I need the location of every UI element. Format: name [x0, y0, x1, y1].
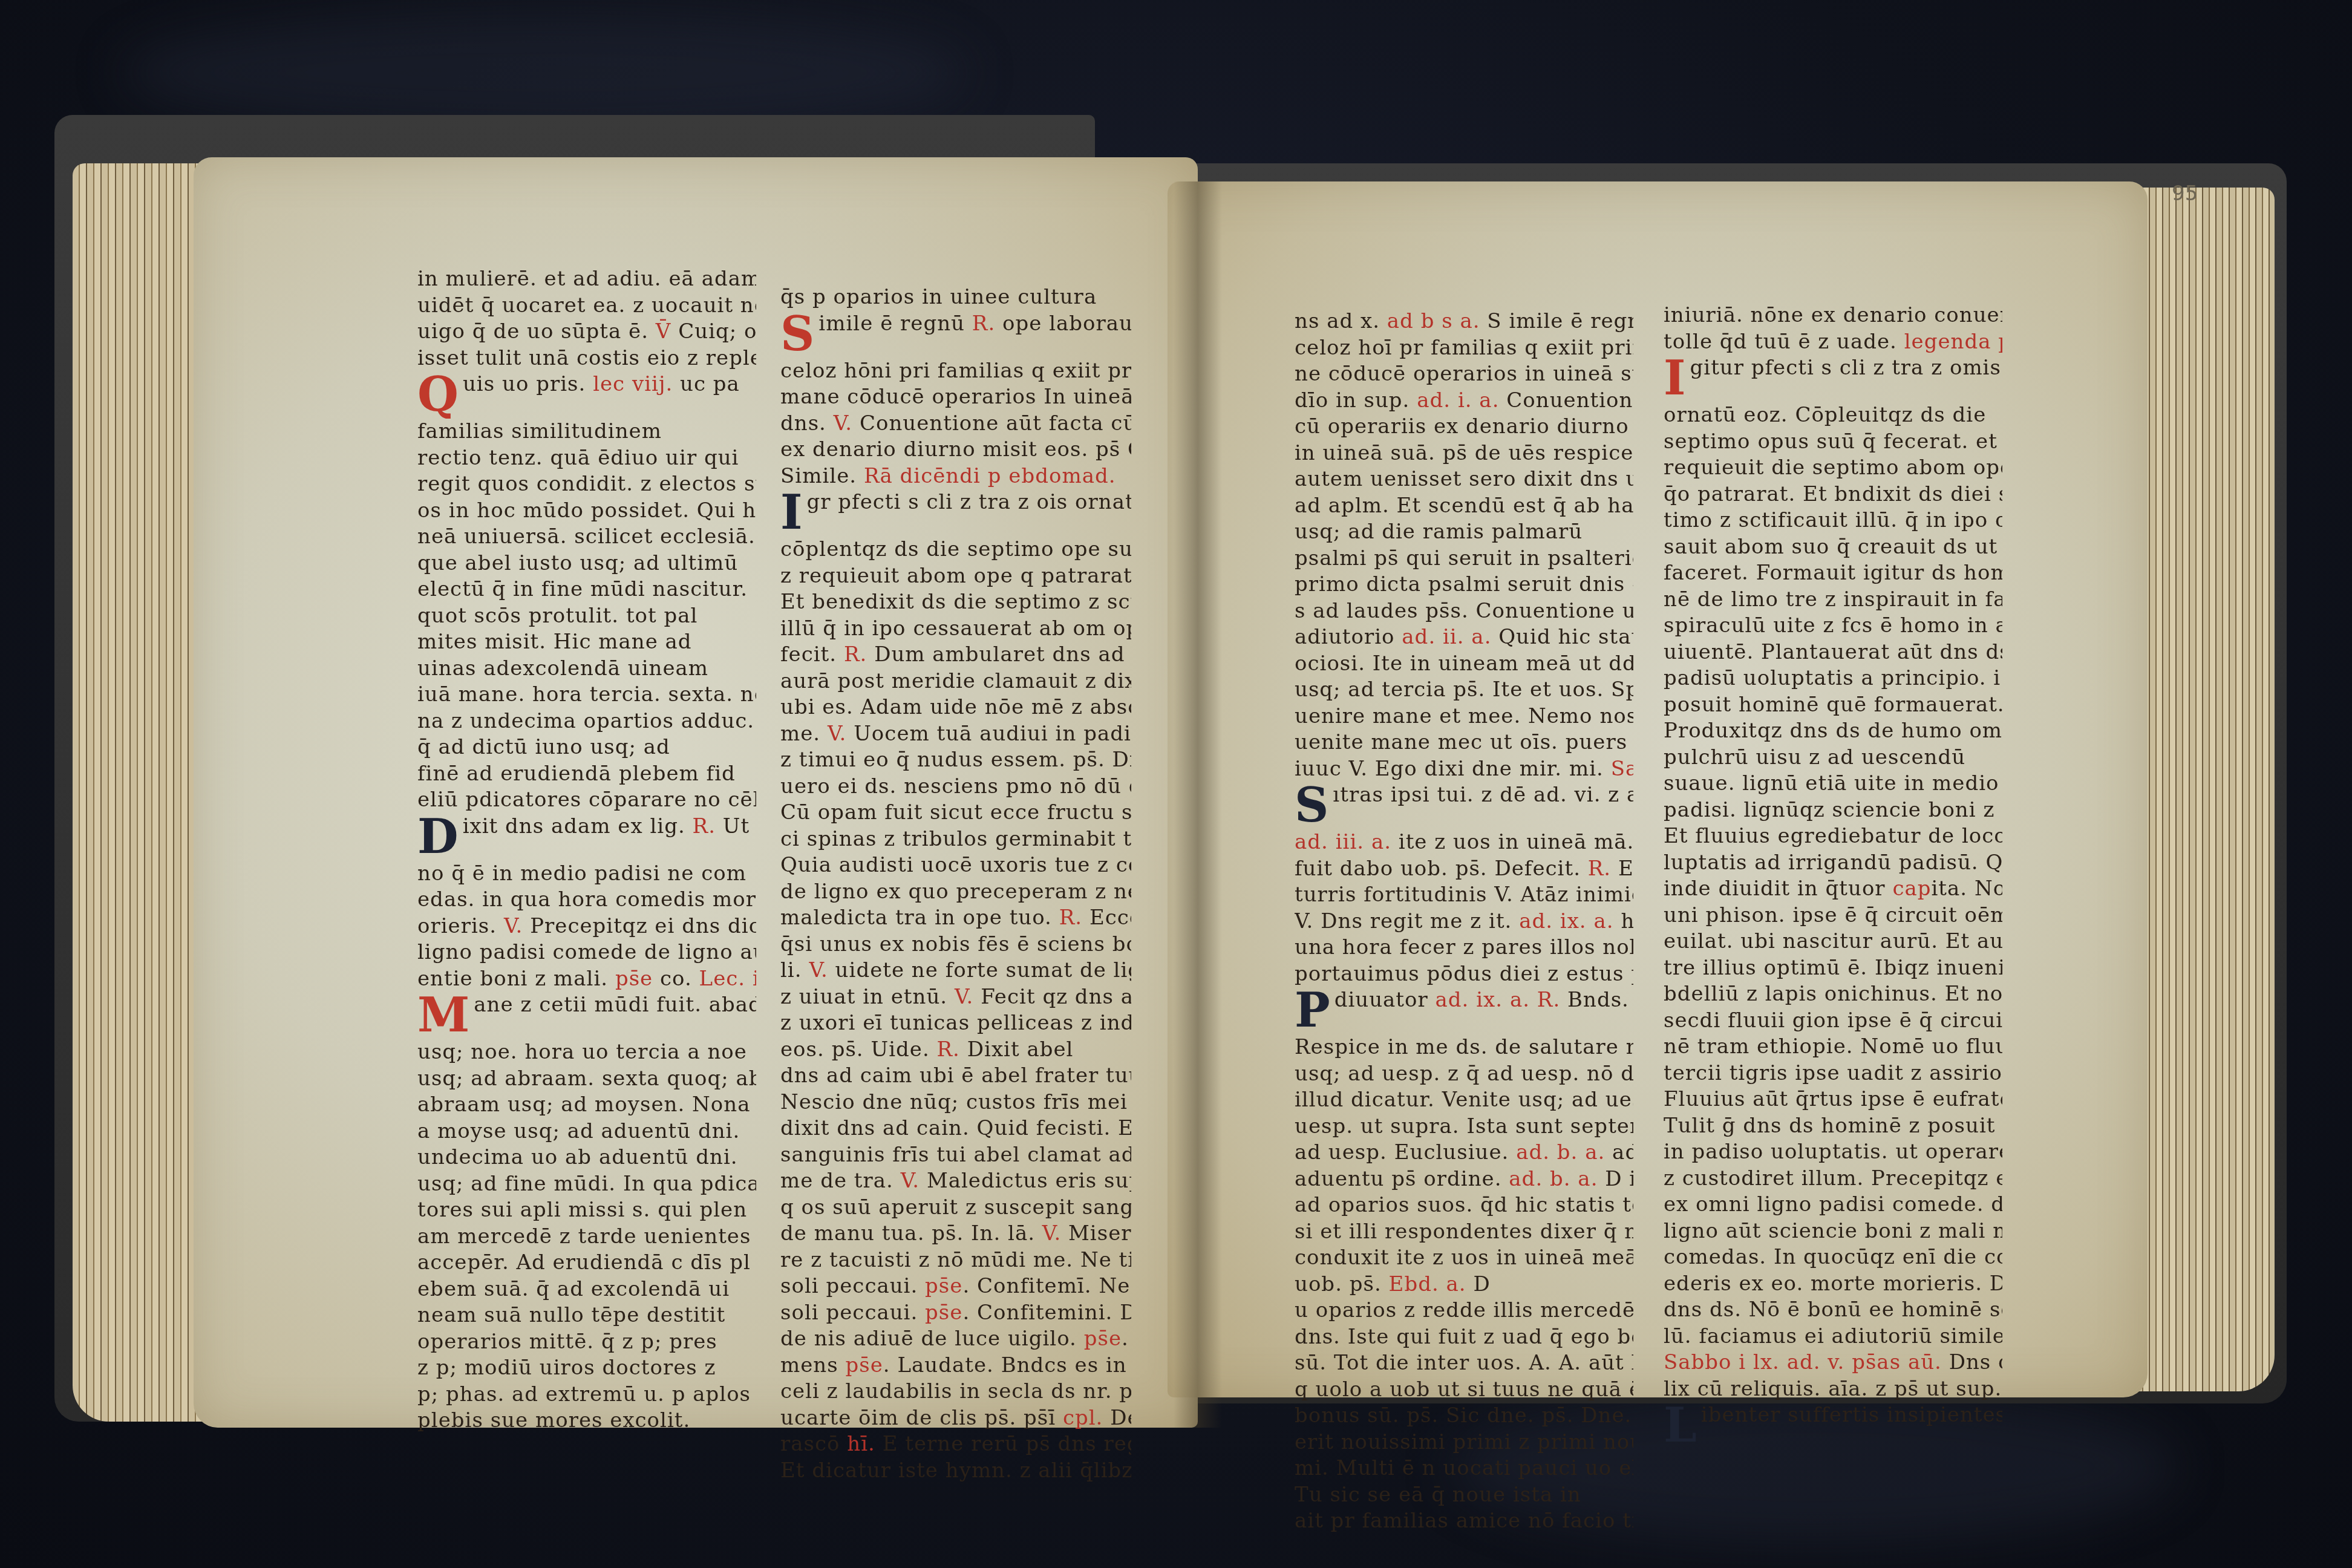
line-text: iuā mane. hora tercia. sexta. no [417, 682, 756, 707]
text-line: padisi. lignūqz sciencie boni z mali. [1664, 797, 2002, 824]
text-line: plebis sue mores excolit. [417, 1408, 756, 1434]
text-line: adiutorio ad. ii. a. Quid hic statis tot… [1295, 624, 1633, 651]
line-text: posuit hominē quē formauerat. [1664, 693, 2002, 717]
line-text: ebem suā. q̄ ad excolendā ui [417, 1277, 730, 1301]
line-text: tre illius optimū ē. Ibiqz inuenitur [1664, 956, 2002, 980]
text-line: illud dicatur. Venite usq; ad uesp. ma [1295, 1087, 1633, 1114]
decorated-initial: I [1664, 355, 1687, 402]
text-line: u oparios z redde illis mercedē suā dne [1295, 1298, 1633, 1324]
rubric: R. [1059, 906, 1082, 930]
line-text: uesp. ut supra. Ista sunt septem in [1295, 1114, 1633, 1138]
line-text: Et fluuius egrediebatur de loco uo [1664, 824, 2002, 848]
line-text: lix cū reliquis. aīa. z ps̄ ut sup. cap [1664, 1377, 2002, 1401]
text-line: in uineā suā. ps̄ de uēs respice. Cum [1295, 440, 1633, 467]
line-text: uidēt q̄ uocaret ea. z uocauit nō eo [417, 293, 756, 318]
text-line: isset tulit unā costis eio z repleuit ē [417, 345, 756, 372]
line-text: in mulierē. et ad adiu. eā adam ut [417, 267, 756, 291]
rubric: Rā dicēndi p ebdomad. [864, 464, 1116, 488]
text-line: Mane z cetii mūdi fuit. abadā [417, 992, 756, 1039]
text-line: ucarte ōim de clis ps̄. ps̄ī cpl. Decla [780, 1405, 1131, 1432]
text-line: Sıtras ipsi tui. z dē ad. vi. z ad ix. [1295, 782, 1633, 829]
line-text: q̄s p oparios in uinee cultura [780, 285, 1097, 309]
decorated-initial: D [417, 814, 459, 861]
line-text: septimo opus suū q̄ fecerat. et [1664, 430, 1998, 454]
text-line: Cū opam fuit sicut ecce fructu so [780, 800, 1131, 826]
line-text: Nescio dne nūq; custos frīs mei sum ego [780, 1090, 1131, 1114]
line-text: Et benedixit ds die septimo z sctificaui… [780, 590, 1131, 614]
text-line: uenire mane et mee. Nemo nos conduxit [1295, 704, 1633, 730]
line-text: usq; noe. hora uo tercia a noe [417, 1040, 747, 1064]
text-line: re z tacuisti z nō mūdi me. Ne tibi [780, 1247, 1131, 1274]
line-text: autem uenisset sero dixit dns uinee [1295, 467, 1633, 491]
line-text: z custodiret illum. Precepitqz ei dicens [1664, 1166, 2002, 1191]
text-line: q̄s p oparios in uinee cultura [780, 284, 1131, 311]
line-text: dns ad caim ubi ē abel frater tuus. [780, 1063, 1131, 1088]
line-text: gr pfecti s cli z tra z ois ornat cor [807, 490, 1132, 514]
line-text: dns. V. Conuentione aūt facta cū operari… [780, 411, 1131, 436]
line-text: z requieuit abom ope q patrarat. [780, 564, 1131, 588]
line-text: z uxori eī tunicas pelliceas z induit [780, 1011, 1131, 1035]
right-page-column-2: iniuriā. nōne ex denario conuenisti mecū… [1664, 302, 2002, 1449]
line-text: bdelliū z lapis onichinus. Et nomē [1664, 982, 2002, 1006]
line-text: mane cōducē operarios In uineā suā dic [780, 385, 1131, 409]
line-text: dns. Iste qui fuit z uad q̄ ego bono [1295, 1325, 1633, 1349]
text-line: ederis ex eo. morte morieris. Dixit q̄s [1664, 1271, 2002, 1298]
line-text: uob. ps̄. Ebd. a. D [1295, 1272, 1491, 1296]
line-text: s ad laudes ps̄s. Conuentione ut in [1295, 599, 1633, 623]
text-line: pulchrū uisu z ad uescendū [1664, 745, 2002, 771]
text-line: nē de limo tre z inspirauit in faciē eiu… [1664, 587, 2002, 613]
line-text: requieuit die septimo abom ope [1664, 456, 2002, 480]
rubric: cpl. [1063, 1406, 1103, 1430]
text-line: dīo in sup. ad. i. a. Conuentione aūt fa… [1295, 388, 1633, 414]
rubric: Lec. ix. [699, 967, 756, 991]
line-text: q̄si unus ex nobis fēs ē sciens boni z m… [780, 932, 1131, 956]
text-line: entie boni z mali. ps̄e co. Lec. ix. [417, 966, 756, 993]
text-line: familias similitudinem [417, 419, 756, 445]
text-line: abraam usq; ad moysen. Nona uo [417, 1092, 756, 1119]
line-text: nē de limo tre z inspirauit in faciē eiu… [1664, 587, 2002, 612]
text-line: euilat. ubi nascitur aurū. Et auri [1664, 929, 2002, 955]
text-line: iuā mane. hora tercia. sexta. no [417, 682, 756, 708]
text-line: que abel iusto usq; ad ultimū [417, 550, 756, 577]
line-text: pulchrū uisu z ad uescendū [1664, 745, 1965, 769]
text-line: undecima uo ab aduentū dni. [417, 1145, 756, 1171]
line-text: sauit abom suo q̄ creauit ds ut [1664, 535, 1998, 559]
text-line: Pdiuuator ad. ix. a. R. Bnds. Conf. [1295, 987, 1633, 1034]
text-line: p; phas. ad extremū u. p aplos [417, 1382, 756, 1408]
text-line: iniuriā. nōne ex denario conuenisti mecū [1664, 302, 2002, 329]
line-text: ornatū eoz. Cōpleuitqz ds die [1664, 403, 1986, 427]
line-text: undecima uo ab aduentū dni. [417, 1145, 738, 1169]
text-line: Et benedixit ds die septimo z sctificaui… [780, 589, 1131, 616]
line-text: diuuator ad. ix. a. R. Bnds. Conf. [1334, 988, 1633, 1012]
line-text: z uiuat in etnū. V. Fecit qz dns adē [780, 985, 1131, 1009]
line-text: celoz hōni pri familias q exiit primo [780, 359, 1131, 383]
line-text: ubi es. Adam uide nōe mē z abscōdi [780, 695, 1131, 719]
line-text: uis uo pris. lec viij. uc pa [463, 372, 740, 396]
line-text: uero ei ds. nesciens pmo nō dū dns ad ad… [780, 774, 1131, 799]
text-line: Respice in me ds. de salutare me ps̄. [1295, 1034, 1633, 1061]
text-line: ubi es. Adam uide nōe mē z abscōdi [780, 694, 1131, 721]
text-line: q os suū aperuit z suscepit sanguinē frī… [780, 1195, 1131, 1221]
text-line: ad oparios suos. q̄d hic statis tota die… [1295, 1192, 1633, 1219]
line-text: aduentu ps̄ ordine. ad. b. a. D ixit pr … [1295, 1167, 1633, 1191]
text-line: secdi fluuii gion ipse ē q̄ circuit om [1664, 1008, 2002, 1034]
text-line: eliū pdicatores cōparare no cēl [417, 787, 756, 814]
text-line: edas. in qua hora comedis morte m [417, 887, 756, 913]
line-text: ıtras ipsi tui. z dē ad. vi. z ad ix. [1333, 783, 1633, 807]
text-line: fecit. R. Dum ambularet dns ad [780, 642, 1131, 668]
line-text: fecit. R. Dum ambularet dns ad [780, 642, 1125, 667]
text-line: mi. Multi ē n uocati pauci uo electi. ps… [1295, 1455, 1633, 1482]
text-line: usq; ad abraam. sexta quoq; ab [417, 1066, 756, 1093]
line-text: nē tram ethiopie. Nomē uo fluuii [1664, 1034, 2002, 1059]
left-page-column-1: in mulierē. et ad adiu. eā adam utuidēt … [417, 266, 756, 1434]
line-text: am mercedē z tarde uenientes [417, 1224, 751, 1249]
text-line: turris fortitudinis V. Atāz inimici ps̄.… [1295, 882, 1633, 909]
line-text: mens ps̄e. Laudate. Bndcs es in firmamen… [780, 1353, 1131, 1377]
line-text: Respice in me ds. de salutare me ps̄. [1295, 1035, 1633, 1059]
rubric: V̄ [656, 319, 671, 344]
rubric: R. [693, 814, 716, 838]
text-line: tores sui apli missi s. qui plen [417, 1197, 756, 1224]
line-text: Et dicatur iste hymn. z alii q̄libz dnic… [780, 1459, 1131, 1483]
text-line: tercii tigris ipse uadit z assirios. [1664, 1060, 2002, 1087]
text-line: z custodiret illum. Precepitqz ei dicens [1664, 1166, 2002, 1192]
text-line: eos. ps̄. Uide. R. Dixit abel [780, 1037, 1131, 1063]
text-line: V. Dns regit me z it. ad. ix. a. hij nou… [1295, 909, 1633, 935]
text-line: tolle q̄d tuū ē z uade. legenda p ebda. [1664, 329, 2002, 356]
line-text: uenite mane mec ut oīs. puers [1295, 730, 1627, 754]
line-text: operarios mittē. q̄ z p; pres [417, 1330, 717, 1354]
line-text: ligno aūt sciencie boni z mali ne [1664, 1219, 2002, 1243]
line-text: q̄o patrarat. Et bndixit ds diei sep [1664, 482, 2002, 506]
line-text: Tulit ḡ dns ds hominē z posuit eū [1664, 1114, 2002, 1138]
line-text: re z tacuisti z nō mūdi me. Ne tibi [780, 1248, 1131, 1272]
line-text: iniuriā. nōne ex denario conuenisti mecū [1664, 303, 2002, 327]
text-line: ornatū eoz. Cōpleuitqz ds die [1664, 402, 2002, 429]
text-line: ociosi. Ite in uineam meā ut dd. n. a. [1295, 651, 1633, 678]
text-line: Nescio dne nūq; custos frīs mei sum ego [780, 1089, 1131, 1116]
rubric: R. [937, 1037, 960, 1062]
rubric: ad. iii. a. [1295, 830, 1391, 854]
line-text: padisū uoluptatis a principio. i quo [1664, 666, 2002, 690]
text-line: z requieuit abom ope q patrarat. [780, 563, 1131, 590]
text-line: Simile. Rā dicēndi p ebdomad. [780, 463, 1131, 490]
text-line: uinas adexcolendā uineam [417, 656, 756, 682]
folio-number: 95 [2172, 181, 2198, 206]
text-line: Libenter suffertis insipientes : [1664, 1402, 2002, 1449]
text-line: bonus sū. ps̄. Sic dne. ps̄. Dne. De [1295, 1403, 1633, 1429]
text-line: finē ad erudiendā plebem fid [417, 761, 756, 788]
line-text: soli peccaui. ps̄e. Confitemini. Dō [780, 1301, 1131, 1325]
text-line: de nis adiuē de luce uigilo. ps̄e. Bened… [780, 1326, 1131, 1353]
line-text: uenire mane et mee. Nemo nos conduxit [1295, 704, 1633, 728]
text-line: luptatis ad irrigandū padisū. Qui [1664, 850, 2002, 877]
line-text: conduxit ite z uos in uineā meā z q iust… [1295, 1246, 1633, 1270]
line-text: sanguinis frīs tui abel clamat ad [780, 1143, 1131, 1167]
line-text: ex denario diurno misit eos. ps̄ Glā R. [780, 437, 1131, 462]
text-line: rascō hī. E terne rerū ps̄ dns reg. [780, 1431, 1131, 1458]
text-line: q uolo a uob ut si tuus ne quā ē. q ego [1295, 1377, 1633, 1403]
decorated-initial: S [780, 311, 815, 358]
line-text: me. V. Uocem tuā audiui in padiso [780, 722, 1131, 746]
rubric: V. [828, 722, 846, 746]
text-line: requieuit die septimo abom ope [1664, 455, 2002, 482]
line-text: maledicta tra in ope tuo. R. Ecce adā [780, 906, 1131, 930]
line-text: Quia audisti uocē uxoris tue z comedisti [780, 853, 1131, 877]
rubric: Sabbo i lx. ad. v. ps̄as aū. [1664, 1350, 1942, 1374]
line-text: ad. iii. a. ite z uos in uineā mā. z q i… [1295, 830, 1633, 854]
rubric: ad. ii. a. [1402, 625, 1491, 649]
line-text: euilat. ubi nascitur aurū. Et auri [1664, 929, 2002, 953]
text-line: operarios mittē. q̄ z p; pres [417, 1329, 756, 1356]
decorated-initial: L [1664, 1402, 1697, 1449]
text-line: lū. faciamus ei adiutoriū simile sibi. [1664, 1324, 2002, 1350]
text-line: Simile ē regnū R. ope laborauit [780, 311, 1131, 358]
text-line: Fluuius aūt q̄rtus ipse ē eufrates. [1664, 1086, 2002, 1113]
text-line: no q̄ ē in medio padisi ne com [417, 861, 756, 887]
line-text: regit quos condidit. z electos su [417, 472, 756, 496]
text-line: uenite mane mec ut oīs. puers [1295, 730, 1633, 756]
line-text: si et illi respondentes dixer q̄ nemo no… [1295, 1220, 1633, 1244]
line-text: aurā post meridie clamauit z dixit adā [780, 669, 1131, 693]
line-text: ociosi. Ite in uineam meā ut dd. n. a. [1295, 652, 1633, 676]
line-text: dīo in sup. ad. i. a. Conuentione aūt fa… [1295, 388, 1633, 413]
text-line: uero ei ds. nesciens pmo nō dū dns ad ad… [780, 774, 1131, 800]
rubric: Sana Dē [1611, 757, 1633, 781]
line-text: ane z cetii mūdi fuit. abadā [474, 993, 756, 1017]
line-text: usq; ad abraam. sexta quoq; ab [417, 1067, 756, 1091]
text-line: uob. ps̄. Ebd. a. D [1295, 1272, 1633, 1298]
text-line: a moyse usq; ad aduentū dni. [417, 1119, 756, 1145]
line-text: isset tulit unā costis eio z repleuit ē [417, 346, 756, 370]
gutter [1174, 181, 1222, 1428]
line-text: luptatis ad irrigandū padisū. Qui [1664, 851, 2002, 875]
text-line: Tulit ḡ dns ds hominē z posuit eū [1664, 1113, 2002, 1140]
rubric: V. [834, 411, 852, 436]
text-line: z p; modiū uiros doctores z [417, 1355, 756, 1382]
text-line: uigo q̄ de uo sūpta ē. V̄ Cuiq; obdormi [417, 319, 756, 345]
text-line: ex omni ligno padisi comede. de [1664, 1192, 2002, 1218]
text-line: spiraculū uite z fcs ē homo in aīam [1664, 613, 2002, 639]
line-text: p; phas. ad extremū u. p aplos [417, 1382, 751, 1406]
text-line: am mercedē z tarde uenientes [417, 1224, 756, 1250]
text-line: regit quos condidit. z electos su [417, 471, 756, 498]
line-text: li. V. uidete ne forte sumat de ligno ui… [780, 958, 1131, 982]
line-text: cū operariis ex denario diurno misit eos [1295, 414, 1633, 439]
text-line: cū operariis ex denario diurno misit eos [1295, 414, 1633, 440]
line-text: ad uesp. Euclusiue. ad. b. a. ad uesp. [1295, 1140, 1633, 1165]
text-line: mens ps̄e. Laudate. Bndcs es in firmamen… [780, 1353, 1131, 1379]
text-line: portauimus pōdus diei z estus ps̄. Mirab… [1295, 961, 1633, 988]
line-text: iuuc V. Ego dixi dne mir. mi. Sana Dē [1295, 757, 1633, 781]
text-line: ait pr familias amice nō facio tibi [1295, 1508, 1633, 1535]
line-text: portauimus pōdus diei z estus ps̄. Mirab… [1295, 962, 1633, 986]
line-text: ne cōducē operarios in uineā suā dic dns… [1295, 362, 1633, 386]
text-line: accepēr. Ad erudiendā c dīs pl [417, 1250, 756, 1276]
rubric: V. [504, 914, 523, 938]
line-text: faceret. Formauit igitur ds homi [1664, 561, 2002, 585]
rubric: R. [1588, 857, 1611, 881]
text-line: dns ds. Nō ē bonū ee hominē so [1664, 1297, 2002, 1324]
line-text: usq; ad uesp. z q̄ ad uesp. nō dicatur. … [1295, 1062, 1633, 1086]
rubric: V. [955, 985, 973, 1009]
text-line: s ad laudes ps̄s. Conuentione ut in [1295, 598, 1633, 625]
line-text: Cū opam fuit sicut ecce fructu so [780, 800, 1131, 825]
line-text: ederis ex eo. morte morieris. Dixit q̄s [1664, 1272, 2002, 1296]
line-text: celoz hoī pr familias q exiit primo ma [1295, 336, 1633, 360]
line-text: usq; ad tercia ps̄. Ite et uos. Sps ma d… [1295, 678, 1633, 702]
line-text: adiutorio ad. ii. a. Quid hic statis tot… [1295, 625, 1633, 649]
line-text: sū. Tot die inter uos. A. A. aūt licet m… [1295, 1351, 1633, 1375]
text-line: faceret. Formauit igitur ds homi [1664, 560, 2002, 587]
line-text: comedas. In quocūqz enī die com [1664, 1245, 2002, 1269]
text-line: uiuentē. Plantauerat aūt dns ds [1664, 639, 2002, 666]
text-line: ex denario diurno misit eos. ps̄ Glā R. [780, 437, 1131, 463]
decorated-initial: Q [417, 371, 459, 419]
text-line: q̄si unus ex nobis fēs ē sciens boni z m… [780, 932, 1131, 958]
line-text: padisi. lignūqz sciencie boni z mali. [1664, 798, 2002, 822]
text-line: de ligno ex quo preceperam z ne comedere… [780, 879, 1131, 906]
text-line: usq; ad die ramis palmarū [1295, 519, 1633, 546]
line-text: Produxitqz dns ds de humo omē lign [1664, 719, 2002, 743]
line-text: inde diuidit in q̄tuor capita. Nomē [1664, 877, 2002, 901]
line-text: ait pr familias amice nō facio tibi [1295, 1509, 1633, 1533]
rubric: ps̄e [925, 1301, 962, 1325]
text-line: una hora fecer z pares illos nob fecisti… [1295, 935, 1633, 961]
text-line: neā uniuersā. scilicet ecclesiā. [417, 524, 756, 550]
line-text: secdi fluuii gion ipse ē q̄ circuit om [1664, 1008, 2002, 1033]
text-line: mites misit. Hic mane ad [417, 629, 756, 656]
text-line: z uxori eī tunicas pelliceas z induit [780, 1010, 1131, 1037]
rubric: lec viij. [593, 372, 673, 396]
text-line: usq; ad tercia ps̄. Ite et uos. Sps ma d… [1295, 677, 1633, 704]
line-text: Tu sic se eā q̄ noue ista in [1295, 1483, 1581, 1507]
rubric: cap [1892, 877, 1931, 901]
text-line: nē tram ethiopie. Nomē uo fluuii [1664, 1034, 2002, 1060]
line-text: illud dicatur. Venite usq; ad uesp. ma [1295, 1088, 1633, 1112]
text-line: dns. Iste qui fuit z uad q̄ ego bono [1295, 1324, 1633, 1351]
line-text: accepēr. Ad erudiendā c dīs pl [417, 1250, 751, 1275]
line-text: ad aplm. Et scendū est q̄ ab hac dnica [1295, 494, 1633, 518]
line-text: psalmi ps̄ qui seruit in psalterio [1295, 546, 1633, 570]
text-line: os in hoc mūdo possidet. Qui habz ui [417, 498, 756, 524]
rubric: R. [844, 642, 867, 667]
line-text: ucarte ōim de clis ps̄. ps̄ī cpl. Decla [780, 1406, 1131, 1430]
line-text: neā uniuersā. scilicet ecclesiā. [417, 524, 756, 549]
text-line: maledicta tra in ope tuo. R. Ecce adā [780, 905, 1131, 932]
text-line: quot scōs protulit. tot pal [417, 603, 756, 630]
text-line: autem uenisset sero dixit dns uinee [1295, 466, 1633, 493]
rubric: ad. b. a. [1509, 1167, 1598, 1191]
text-line: timo z sctificauit illū. q̄ in ipo ces [1664, 508, 2002, 534]
rubric: V. [1042, 1221, 1061, 1246]
line-text: de manu tua. ps̄. In. lā. V. Misere [780, 1221, 1131, 1246]
line-text: electū q̄ in fine mūdi nascitur. [417, 577, 748, 601]
line-text: edas. in qua hora comedis morte m [417, 887, 756, 912]
text-line: psalmi ps̄ qui seruit in psalterio [1295, 546, 1633, 572]
line-text: ci spinas z tribulos germinabit tibi. V. [780, 827, 1131, 851]
text-line: sauit abom suo q̄ creauit ds ut [1664, 534, 2002, 561]
rubric: R. [1537, 988, 1560, 1012]
text-line: q̄o patrarat. Et bndixit ds diei sep [1664, 482, 2002, 508]
line-text: orieris. V. Precepitqz ei dns dicēs ex o… [417, 914, 756, 938]
text-line: primo dicta psalmi seruit dnis consignat… [1295, 572, 1633, 598]
text-line: Et dicatur iste hymn. z alii q̄libz dnic… [780, 1458, 1131, 1485]
text-line: Igitur pfecti s cli z tra z omis [1664, 355, 2002, 402]
rubric: ad. ix. a. [1436, 988, 1530, 1012]
text-line: si et illi respondentes dixer q̄ nemo no… [1295, 1219, 1633, 1246]
rubric: ps̄e [925, 1274, 962, 1298]
text-line: in padiso uoluptatis. ut operaretur [1664, 1139, 2002, 1166]
line-text: tolle q̄d tuū ē z uade. legenda p ebda. [1664, 330, 2002, 354]
rubric: V. [901, 1169, 920, 1193]
line-text: usq; ad fine mūdi. In qua pdica [417, 1172, 756, 1196]
text-line: sū. Tot die inter uos. A. A. aūt licet m… [1295, 1350, 1633, 1377]
text-line: ne cōducē operarios in uineā suā dic dns… [1295, 361, 1633, 388]
text-line: sanguinis frīs tui abel clamat ad [780, 1142, 1131, 1169]
text-line: iuuc V. Ego dixi dne mir. mi. Sana Dē [1295, 756, 1633, 783]
line-text: soli peccaui. ps̄e. Confitemī. Ne tibi [780, 1274, 1131, 1298]
line-text: abraam usq; ad moysen. Nona uo [417, 1093, 756, 1117]
text-line: ad aplm. Et scendū est q̄ ab hac dnica [1295, 493, 1633, 520]
line-text: no q̄ ē in medio padisi ne com [417, 861, 746, 886]
text-line: z timui eo q̄ nudus essem. ps̄. Dixit [780, 747, 1131, 774]
text-line: Quis uo pris. lec viij. uc pa [417, 371, 756, 419]
line-text: finē ad erudiendā plebem fid [417, 762, 736, 786]
text-line: li. V. uidete ne forte sumat de ligno ui… [780, 958, 1131, 984]
text-line: na z undecima opartios adduc. [417, 708, 756, 735]
text-line: celi z laudabilis in secla ds nr. ps̄. B… [780, 1379, 1131, 1405]
rubric: ps̄e [846, 1353, 883, 1377]
text-line: usq; ad uesp. z q̄ ad uesp. nō dicatur. … [1295, 1061, 1633, 1088]
rubric: ad. b. a. [1516, 1140, 1605, 1165]
text-line: Quia audisti uocē uxoris tue z comedisti [780, 852, 1131, 879]
text-line: ligno padisi comede de ligno aūt sa [417, 939, 756, 966]
line-text: Fluuius aūt q̄rtus ipse ē eufrates. [1664, 1087, 2002, 1111]
line-text: celi z laudabilis in secla ds nr. ps̄. B… [780, 1379, 1131, 1403]
line-text: de ligno ex quo preceperam z ne comedere… [780, 880, 1131, 904]
text-line: Et fluuius egrediebatur de loco uo [1664, 823, 2002, 850]
line-text: uni phison. ipse ē q̄ circuit oēm tra [1664, 903, 2002, 927]
line-text: illū q̄ in ipo cessauerat ab om ope [780, 616, 1131, 641]
text-line: ebem suā. q̄ ad excolendā ui [417, 1276, 756, 1303]
line-text: me de tra. V. Maledictus eris sup tram [780, 1169, 1131, 1193]
text-line: in mulierē. et ad adiu. eā adam ut [417, 266, 756, 293]
rubric: Ebd. a. [1389, 1272, 1466, 1296]
line-text: ligno padisi comede de ligno aūt sa [417, 940, 756, 964]
line-text: na z undecima opartios adduc. [417, 709, 754, 733]
text-line: rectio tenz. quā ēdiuo uir qui [417, 445, 756, 472]
line-text: mites misit. Hic mane ad [417, 630, 692, 654]
line-text: ixit dns adam ex lig. R. Ut [463, 814, 750, 838]
left-page-column-2: q̄s p oparios in uinee culturaSimile ē r… [780, 284, 1131, 1484]
line-text: erit nouissimi primi z primi nouissi [1295, 1430, 1633, 1454]
text-line: septimo opus suū q̄ fecerat. et [1664, 429, 2002, 456]
line-text: mi. Multi ē n uocati pauci uo electi. ps… [1295, 1456, 1633, 1480]
line-text: entie boni z mali. ps̄e co. Lec. ix. [417, 967, 756, 991]
right-page-column-1: ns ad x. ad b s a. S imile ē regnūceloz … [1295, 309, 1633, 1535]
text-line: electū q̄ in fine mūdi nascitur. [417, 577, 756, 603]
line-text: quot scōs protulit. tot pal [417, 604, 697, 628]
text-line: me. V. Uocem tuā audiui in padiso [780, 721, 1131, 748]
text-line: illū q̄ in ipo cessauerat ab om ope [780, 616, 1131, 642]
rubric: ad. i. a. [1417, 388, 1499, 413]
line-text: suaue. lignū etiā uite in medio [1664, 771, 1999, 795]
text-line: cōplentqz ds die septimo ope suū q̄ fece… [780, 537, 1131, 563]
